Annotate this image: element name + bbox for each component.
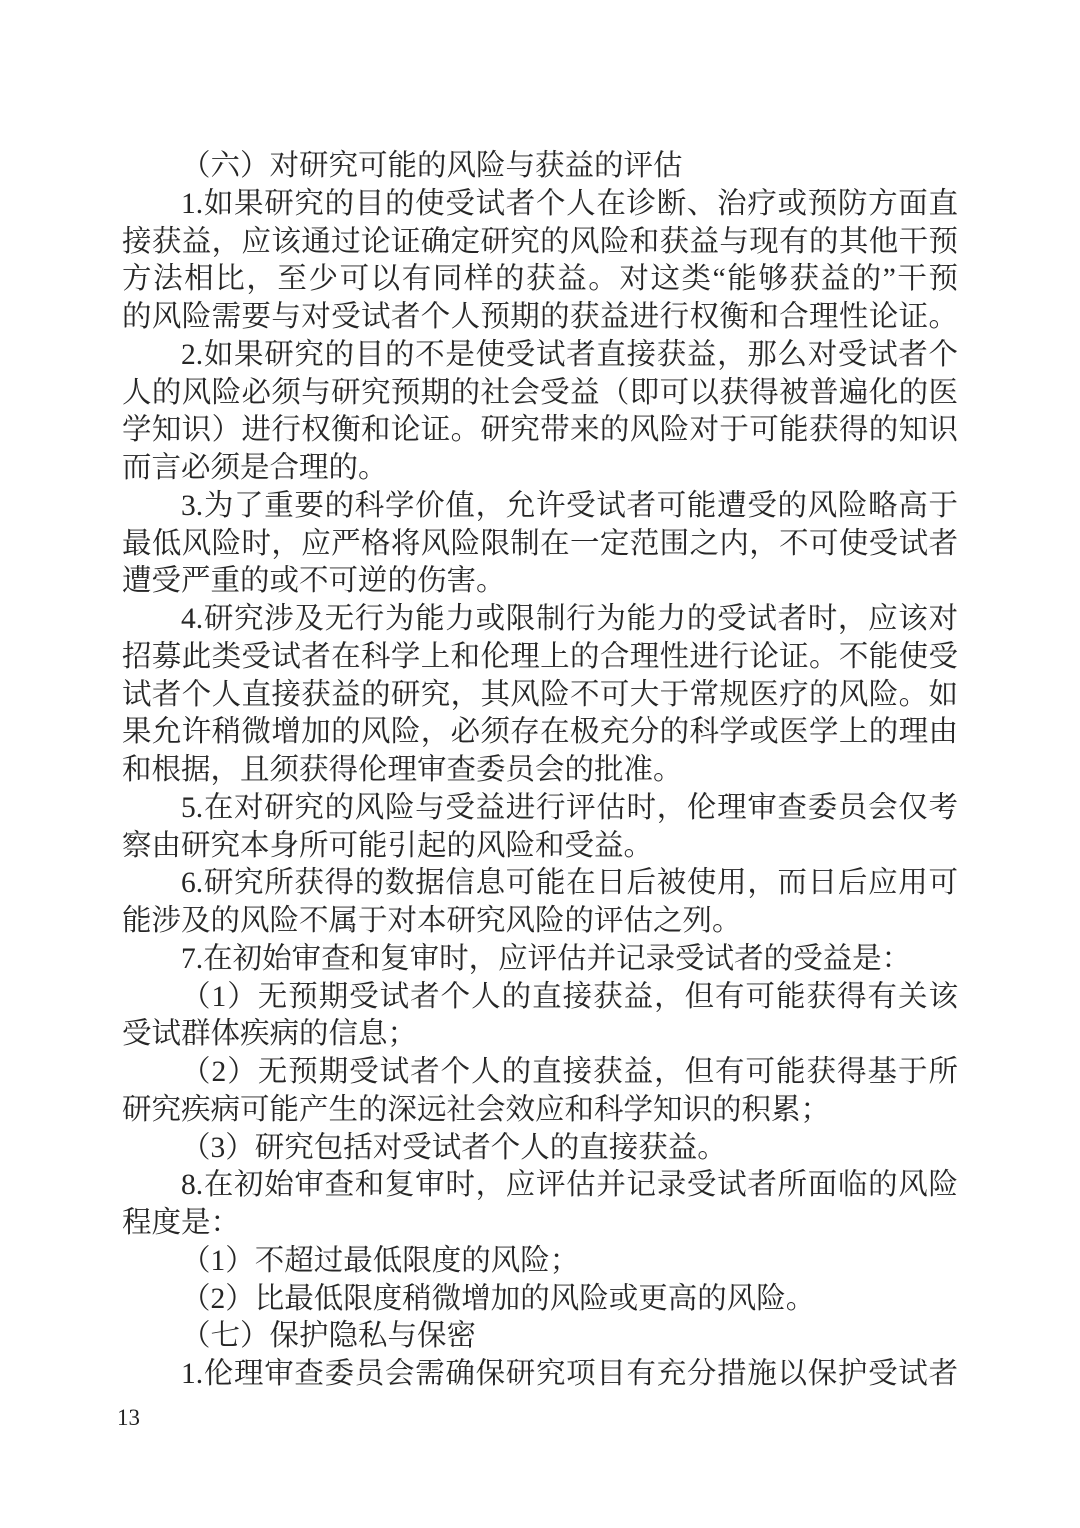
- text-line: 能涉及的风险不属于对本研究风险的评估之列。: [122, 903, 958, 941]
- text-line: 研究疾病可能产生的深远社会效应和科学知识的积累；: [122, 1092, 958, 1130]
- text-line: 最低风险时，应严格将风险限制在一定范围之内，不可使受试者: [122, 526, 958, 564]
- text-line: 接获益，应该通过论证确定研究的风险和获益与现有的其他干预: [122, 224, 958, 262]
- text-line: 3.为了重要的科学价值，允许受试者可能遭受的风险略高于: [122, 488, 958, 526]
- text-line: 的风险需要与对受试者个人预期的获益进行权衡和合理性论证。: [122, 299, 958, 337]
- text-line: （2）比最低限度稍微增加的风险或更高的风险。: [122, 1281, 958, 1319]
- text-line: （1）不超过最低限度的风险；: [122, 1243, 958, 1281]
- text-line: 试者个人直接获益的研究，其风险不可大于常规医疗的风险。如: [122, 677, 958, 715]
- text-line: 察由研究本身所可能引起的风险和受益。: [122, 828, 958, 866]
- text-line: 1.如果研究的目的使受试者个人在诊断、治疗或预防方面直: [122, 186, 958, 224]
- page-number: 13: [117, 1405, 140, 1431]
- text-line: 程度是：: [122, 1205, 958, 1243]
- text-line: （2）无预期受试者个人的直接获益，但有可能获得基于所: [122, 1054, 958, 1092]
- text-line: 6.研究所获得的数据信息可能在日后被使用，而日后应用可: [122, 865, 958, 903]
- text-line: 8.在初始审查和复审时，应评估并记录受试者所面临的风险: [122, 1167, 958, 1205]
- text-line: 人的风险必须与研究预期的社会受益（即可以获得被普遍化的医: [122, 375, 958, 413]
- text-line: 果允许稍微增加的风险，必须存在极充分的科学或医学上的理由: [122, 714, 958, 752]
- text-line: 1.伦理审查委员会需确保研究项目有充分措施以保护受试者: [122, 1356, 958, 1394]
- text-line: 5.在对研究的风险与受益进行评估时，伦理审查委员会仅考: [122, 790, 958, 828]
- document-page: （六）对研究可能的风险与获益的评估1.如果研究的目的使受试者个人在诊断、治疗或预…: [0, 0, 1080, 1528]
- text-line: （1）无预期受试者个人的直接获益，但有可能获得有关该: [122, 979, 958, 1017]
- text-line: 招募此类受试者在科学上和伦理上的合理性进行论证。不能使受: [122, 639, 958, 677]
- text-line: 而言必须是合理的。: [122, 450, 958, 488]
- text-line: （七）保护隐私与保密: [122, 1318, 958, 1356]
- text-line: 学知识）进行权衡和论证。研究带来的风险对于可能获得的知识: [122, 412, 958, 450]
- text-line: 方法相比，至少可以有同样的获益。对这类“能够获益的”干预: [122, 261, 958, 299]
- text-block: （六）对研究可能的风险与获益的评估1.如果研究的目的使受试者个人在诊断、治疗或预…: [122, 148, 958, 1394]
- text-line: 受试群体疾病的信息；: [122, 1016, 958, 1054]
- text-line: 4.研究涉及无行为能力或限制行为能力的受试者时，应该对: [122, 601, 958, 639]
- text-line: （六）对研究可能的风险与获益的评估: [122, 148, 958, 186]
- text-line: 遭受严重的或不可逆的伤害。: [122, 563, 958, 601]
- text-line: 7.在初始审查和复审时，应评估并记录受试者的受益是：: [122, 941, 958, 979]
- text-line: 和根据，且须获得伦理审查委员会的批准。: [122, 752, 958, 790]
- text-line: 2.如果研究的目的不是使受试者直接获益，那么对受试者个: [122, 337, 958, 375]
- text-line: （3）研究包括对受试者个人的直接获益。: [122, 1130, 958, 1168]
